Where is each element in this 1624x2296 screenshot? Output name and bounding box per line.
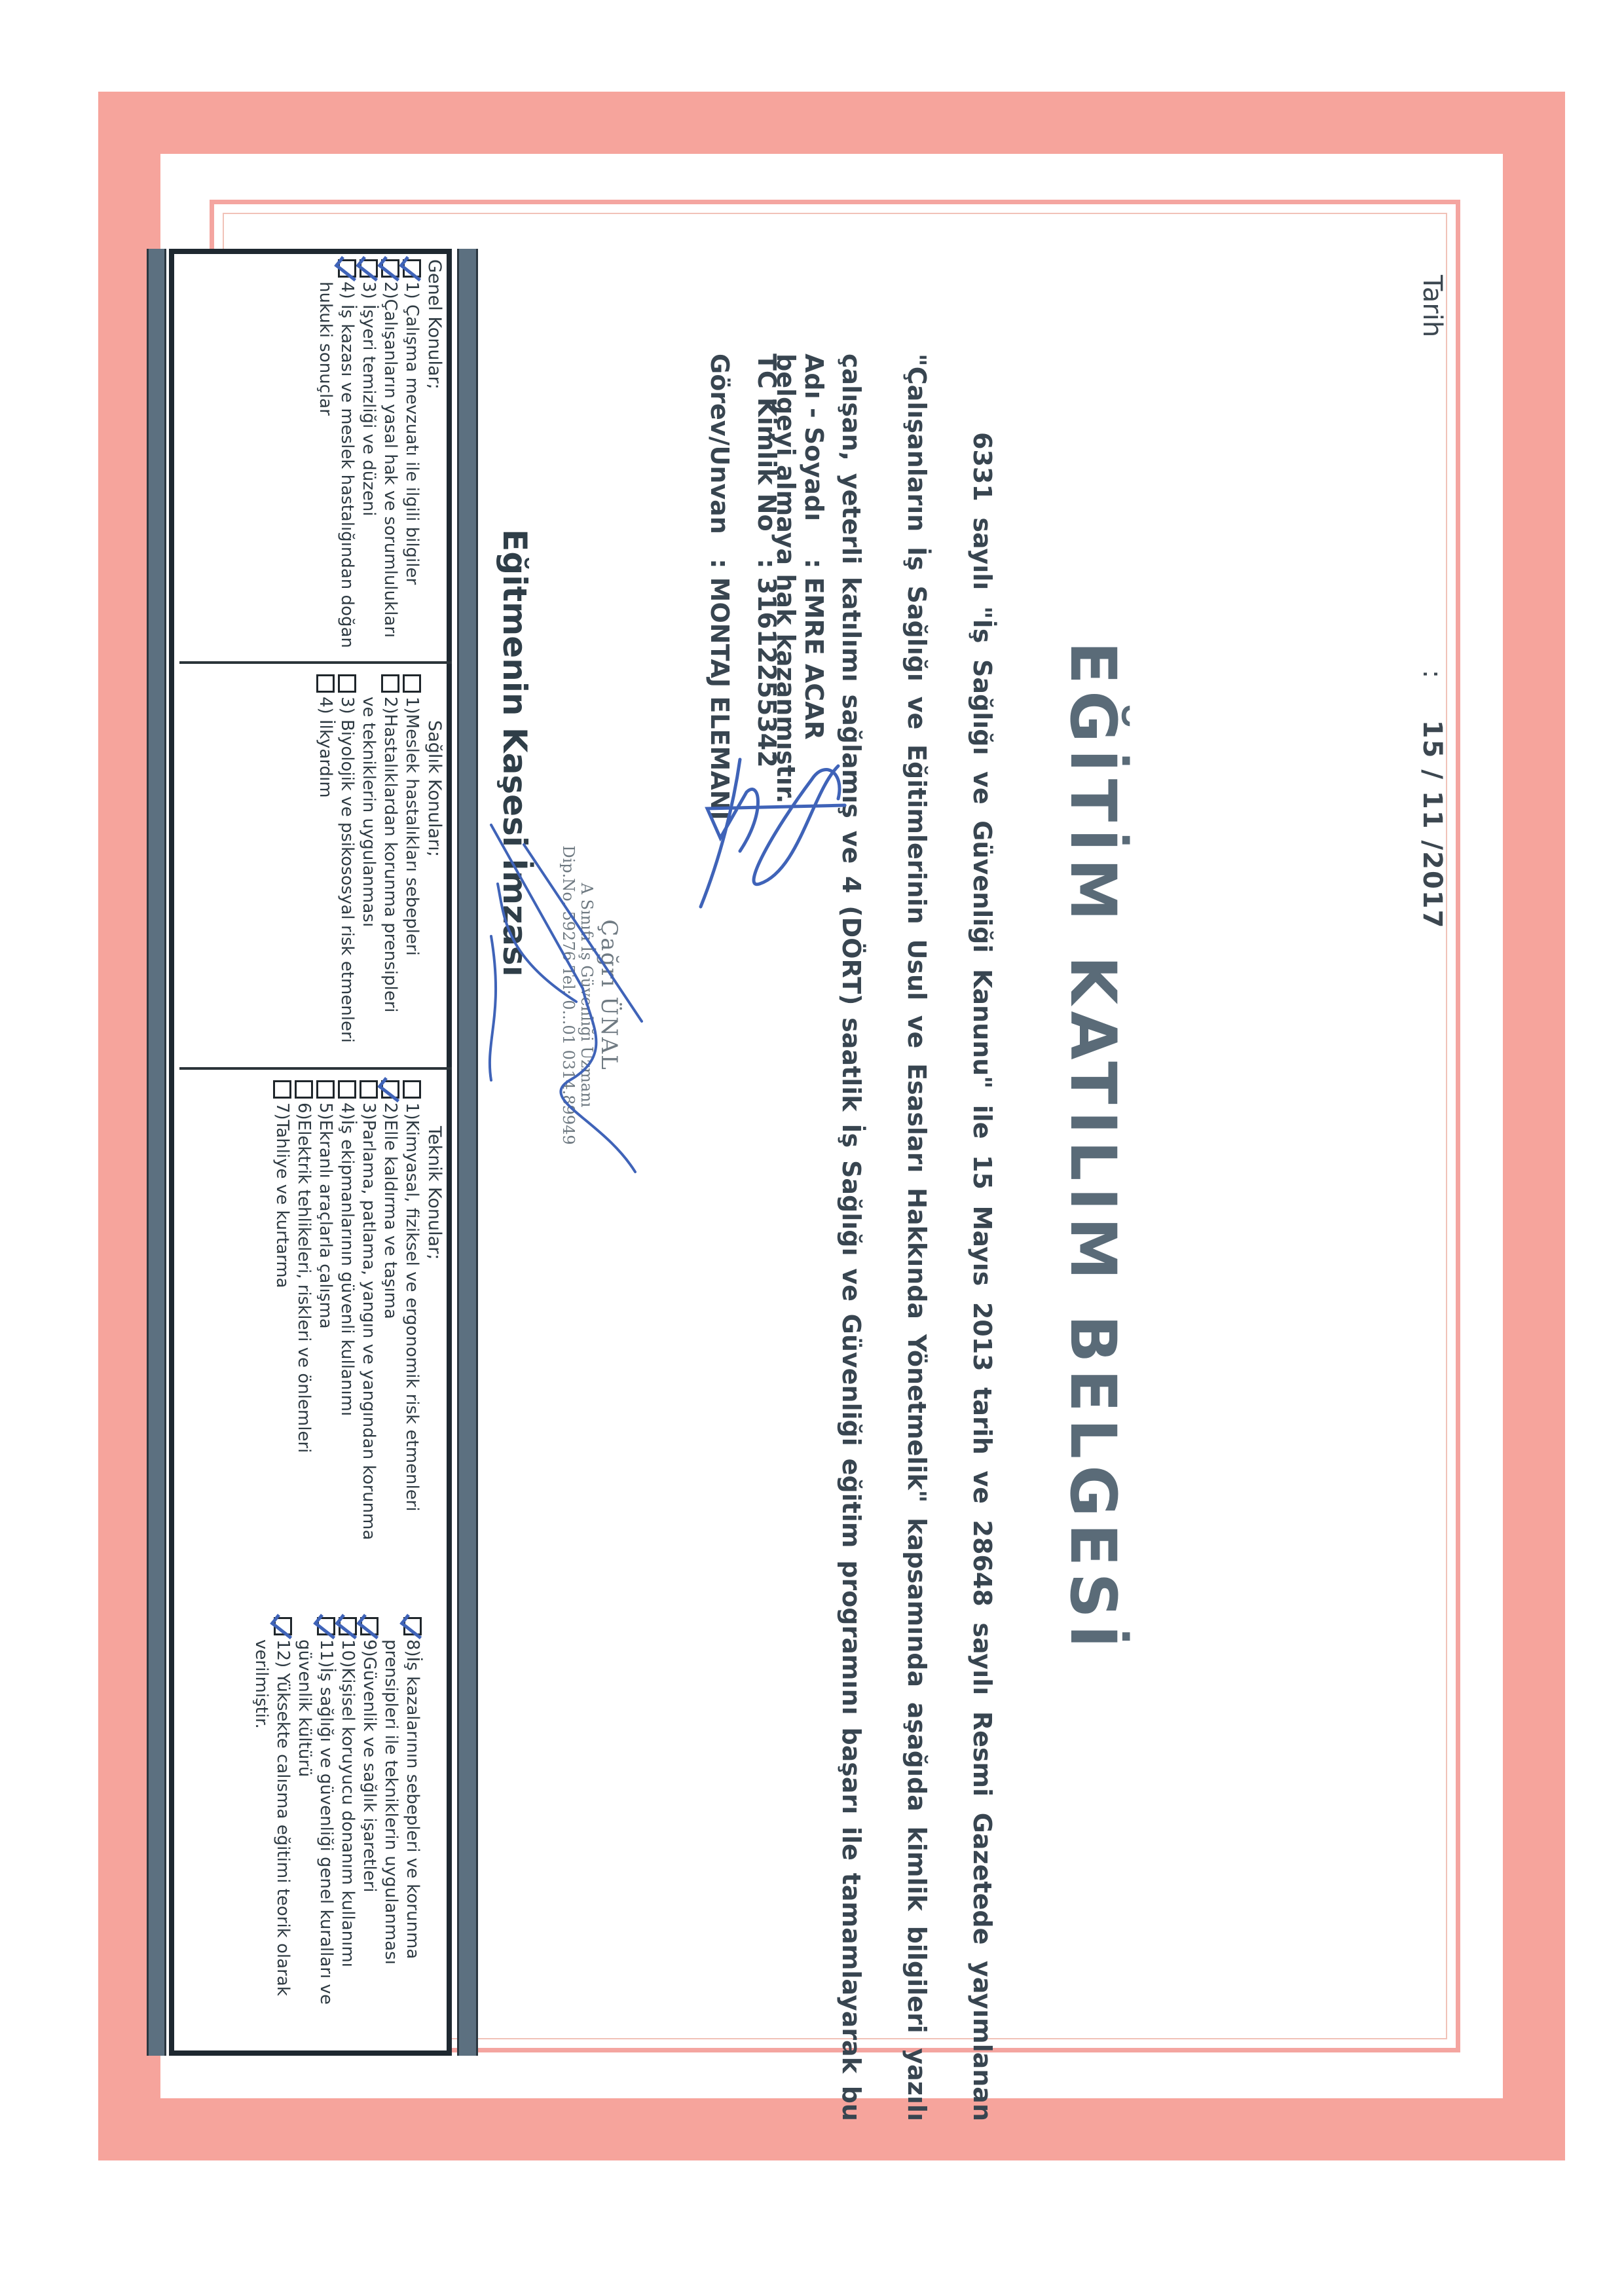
topic-item: 4)İş ekipmanlarının güvenli kullanımı (336, 1080, 358, 1578)
tc-label: TC Kimlik No (752, 354, 781, 550)
topic-item: 2)Elle kaldırma ve taşıma (379, 1080, 401, 1578)
column-divider (179, 661, 452, 664)
trainer-signature-icon (485, 805, 655, 1198)
topic-item: 3)Parlama, patlama, yangın ve yangından … (358, 1080, 379, 1578)
checkbox-empty-icon[interactable] (338, 1080, 356, 1099)
checkbox-empty-icon[interactable] (273, 1080, 291, 1099)
technical-topics-column: Teknik Konular; 1)Kimyasal, fiziksel ve … (173, 1080, 445, 1578)
topics-columns: Genel Konular; 1) Çalışma mevzuatı ile i… (169, 249, 452, 2056)
topic-label: 6)Elektrik tehlikeleri, riskleri ve önle… (293, 1102, 314, 1453)
identity-name-row: Adı - Soyadı : EMRE ACAR (781, 354, 828, 820)
checkbox-checked-icon[interactable] (381, 259, 399, 278)
health-heading: Sağlık Konuları; (424, 674, 445, 1061)
checkbox-checked-icon[interactable] (403, 259, 421, 278)
checkbox-checked-icon[interactable] (403, 1617, 422, 1635)
general-topics-column: Genel Konular; 1) Çalışma mevzuatı ile i… (173, 259, 445, 659)
checkbox-empty-icon[interactable] (316, 1080, 335, 1099)
trainee-signature-icon (694, 753, 851, 910)
topic-label: 3) Biyolojik ve psikososyal risk etmenle… (336, 697, 358, 1043)
topic-label: 2)Çalışanların yasal hak ve sorumlulukla… (379, 282, 401, 638)
checkbox-empty-icon[interactable] (316, 674, 335, 693)
identity-block: Adı - Soyadı : EMRE ACAR TC Kimlik No : … (687, 354, 828, 820)
topic-label: 1) Çalışma mevzuatı ile ilgili bilgiler (401, 282, 422, 585)
name-value: : EMRE ACAR (800, 558, 828, 740)
topic-item: 3) İşyeri temizliği ve düzeni (358, 259, 379, 659)
topic-item: 1)Meslek hastalıkları sebepleri (401, 674, 422, 1061)
topic-label: 5)Ekranlı araçlarla çalışma (314, 1102, 336, 1329)
checkbox-checked-icon[interactable] (274, 1617, 292, 1635)
topic-item: 1) Çalışma mevzuatı ile ilgili bilgiler (401, 259, 422, 659)
topic-label: 9)Güvenlik ve sağlık işaretleri (358, 1639, 380, 1892)
date-label: Tarih (1417, 275, 1447, 661)
certificate-page: Tarih : 15 / 11 /2017 EĞİTİM KATILIM BEL… (0, 0, 1624, 2296)
topic-label: 3)Parlama, patlama, yangın ve yangından … (358, 1102, 379, 1540)
topic-item: 11)İş sağlığı ve güvenliği genel kuralla… (293, 1617, 337, 2049)
name-label: Adı - Soyadı (800, 354, 828, 550)
technical-topics-continued: 8)İş kazalarının sebepleri ve korunma pr… (151, 1617, 423, 2049)
topic-item: 1)Kimyasal, fiziksel ve ergonomik risk e… (401, 1080, 422, 1578)
topic-item: 10)Kişisel koruyucu donanım kullanımı (337, 1617, 358, 2049)
topic-label: 10)Kişisel koruyucu donanım kullanımı (337, 1639, 358, 1967)
topic-label: 4)İş ekipmanlarının güvenli kullanımı (336, 1102, 358, 1416)
checkbox-empty-icon[interactable] (338, 674, 356, 693)
topic-item: 12) Yüksekte calısma eğitimi teorik olar… (250, 1617, 293, 2049)
column-divider (179, 1067, 452, 1070)
checkbox-checked-icon[interactable] (381, 1080, 399, 1099)
document-title: EĞİTİM KATILIM BELGESİ (1056, 0, 1130, 2296)
topic-item: 6)Elektrik tehlikeleri, riskleri ve önle… (293, 1080, 314, 1578)
checkbox-checked-icon[interactable] (339, 1617, 357, 1635)
table-top-bar (457, 249, 478, 2056)
date-value: 15 / 11 /2017 (1417, 720, 1447, 930)
checkbox-empty-icon[interactable] (295, 1080, 313, 1099)
date-row: Tarih : 15 / 11 /2017 (1417, 275, 1447, 929)
identity-title-row: Görev/Unvan : MONTAJ ELEMANI (687, 354, 734, 820)
topic-label: 1)Meslek hastalıkları sebepleri (401, 697, 422, 956)
topic-label: 2)Hastalıklardan korunma prensipleri ve … (358, 697, 401, 1013)
checkbox-checked-icon[interactable] (338, 259, 356, 278)
checkbox-empty-icon[interactable] (403, 1080, 421, 1099)
topic-item: 4) İş kazası ve meslek hastalığından doğ… (314, 259, 358, 659)
checkbox-checked-icon[interactable] (360, 259, 378, 278)
topic-label: 4) İlkyardım (314, 697, 336, 798)
checkbox-empty-icon[interactable] (381, 674, 399, 693)
topic-item: 5)Ekranlı araçlarla çalışma (314, 1080, 336, 1578)
topic-label: 4) İş kazası ve meslek hastalığından doğ… (314, 282, 358, 648)
job-title-label: Görev/Unvan (705, 354, 734, 550)
topic-label: 3) İşyeri temizliği ve düzeni (358, 282, 379, 517)
checkbox-empty-icon[interactable] (360, 1080, 378, 1099)
topic-label: 2)Elle kaldırma ve taşıma (379, 1102, 401, 1319)
topic-label: 12) Yüksekte calısma eğitimi teorik olar… (250, 1639, 293, 2049)
topic-label: 7)Tahliye ve kurtarma (271, 1102, 293, 1288)
health-topics-column: Sağlık Konuları; 1)Meslek hastalıkları s… (173, 674, 445, 1061)
checkbox-empty-icon[interactable] (403, 674, 421, 693)
topic-item: 9)Güvenlik ve sağlık işaretleri (358, 1617, 380, 2049)
topic-label: 8)İş kazalarının sebepleri ve korunma pr… (380, 1639, 423, 1965)
tc-value: : 31612255342 (752, 558, 781, 767)
technical-heading: Teknik Konular; (424, 1080, 445, 1578)
topic-item: 7)Tahliye ve kurtarma (271, 1080, 293, 1578)
checkbox-checked-icon[interactable] (360, 1617, 378, 1635)
topic-label: 1)Kimyasal, fiziksel ve ergonomik risk e… (401, 1102, 422, 1512)
general-heading: Genel Konular; (424, 259, 445, 659)
date-separator: : (1417, 670, 1447, 678)
topic-item: 4) İlkyardım (314, 674, 336, 1061)
topic-item: 2)Hastalıklardan korunma prensipleri ve … (358, 674, 401, 1061)
topic-item: 8)İş kazalarının sebepleri ve korunma pr… (380, 1617, 423, 2049)
topic-label: 11)İş sağlığı ve güvenliği genel kuralla… (293, 1639, 337, 2005)
identity-tc-row: TC Kimlik No : 31612255342 (734, 354, 781, 820)
topic-item: 3) Biyolojik ve psikososyal risk etmenle… (336, 674, 358, 1061)
topic-item: 2)Çalışanların yasal hak ve sorumlulukla… (379, 259, 401, 659)
checkbox-checked-icon[interactable] (317, 1617, 335, 1635)
